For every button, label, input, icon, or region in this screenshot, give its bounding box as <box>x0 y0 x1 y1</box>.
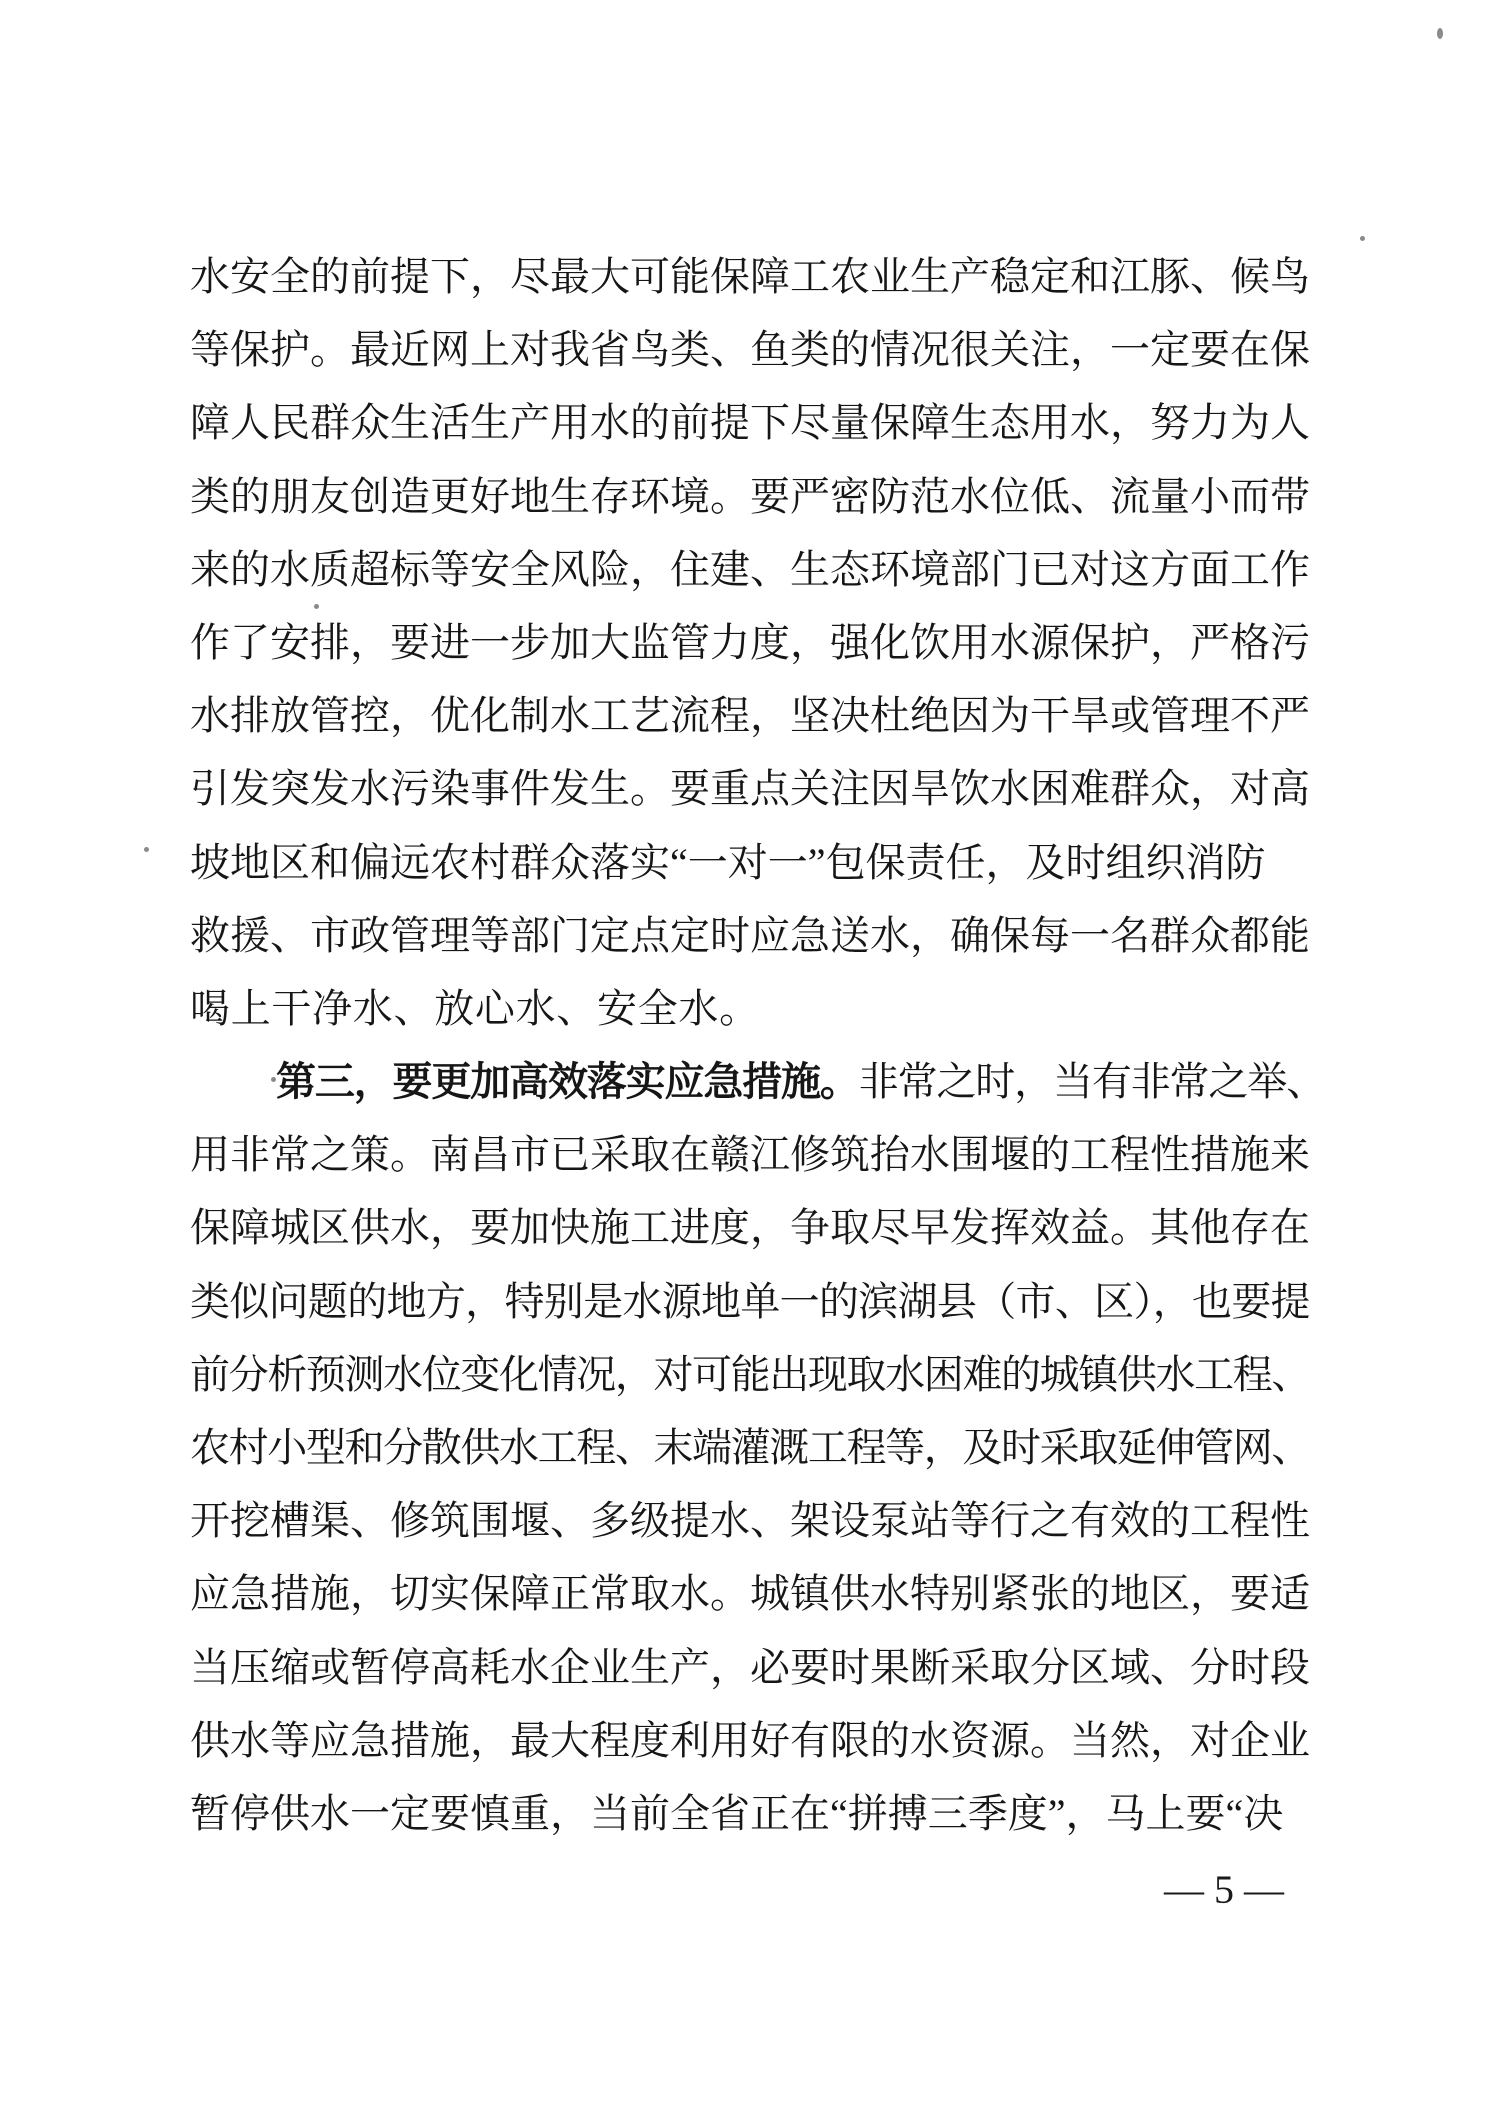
document-page: 水安全的前提下，尽最大可能保障工农业生产稳定和江豚、候鸟 等保护。最近网上对我省… <box>0 0 1490 2104</box>
text-line: 等保护。最近网上对我省鸟类、鱼类的情况很关注，一定要在保 <box>190 313 1330 386</box>
text-line: 前分析预测水位变化情况，对可能出现取水困难的城镇供水工程、 <box>190 1338 1330 1411</box>
paragraph-heading-bold: 第三，要更加高效落实应急措施。 <box>276 1060 859 1104</box>
paragraph-heading-rest: 非常之时，当有非常之举、 <box>859 1059 1325 1104</box>
text-line: 开挖槽渠、修筑围堰、多级提水、架设泵站等行之有效的工程性 <box>190 1484 1330 1557</box>
text-line: 来的水质超标等安全风险，住建、生态环境部门已对这方面工作 <box>190 533 1330 606</box>
text-line: 农村小型和分散供水工程、末端灌溉工程等，及时采取延伸管网、 <box>190 1411 1330 1484</box>
text-line: 暂停供水一定要慎重，当前全省正在“拼搏三季度”，马上要“决 <box>190 1777 1330 1850</box>
text-line: 用非常之策。南昌市已采取在赣江修筑抬水围堰的工程性措施来 <box>190 1118 1330 1191</box>
text-line: 供水等应急措施，最大程度利用好有限的水资源。当然，对企业 <box>190 1704 1330 1777</box>
text-line: 坡地区和偏远农村群众落实“一对一”包保责任，及时组织消防 <box>190 826 1330 899</box>
scan-speck <box>1360 236 1365 241</box>
text-line: 水排放管控，优化制水工艺流程，坚决杜绝因为干旱或管理不严 <box>190 679 1330 752</box>
page-number: — 5 — <box>1164 1862 1284 1918</box>
text-line: 作了安排，要进一步加大监管力度，强化饮用水源保护，严格污 <box>190 606 1330 679</box>
text-line: 当压缩或暂停高耗水企业生产，必要时果断采取分区域、分时段 <box>190 1631 1330 1704</box>
scan-speck <box>1437 28 1443 39</box>
text-line: 第三，要更加高效落实应急措施。非常之时，当有非常之举、 <box>190 1045 1330 1118</box>
text-line: 类的朋友创造更好地生存环境。要严密防范水位低、流量小而带 <box>190 460 1330 533</box>
body-text: 水安全的前提下，尽最大可能保障工农业生产稳定和江豚、候鸟 等保护。最近网上对我省… <box>190 240 1330 1850</box>
text-line: 救援、市政管理等部门定点定时应急送水，确保每一名群众都能 <box>190 899 1330 972</box>
text-line: 水安全的前提下，尽最大可能保障工农业生产稳定和江豚、候鸟 <box>190 240 1330 313</box>
text-line: 应急措施，切实保障正常取水。城镇供水特别紧张的地区，要适 <box>190 1557 1330 1630</box>
scan-speck <box>144 847 149 852</box>
text-line: 障人民群众生活生产用水的前提下尽量保障生态用水，努力为人 <box>190 386 1330 459</box>
text-line: 引发突发水污染事件发生。要重点关注因旱饮水困难群众，对高 <box>190 752 1330 825</box>
text-line: 类似问题的地方，特别是水源地单一的滨湖县（市、区），也要提 <box>190 1265 1330 1338</box>
text-line: 保障城区供水，要加快施工进度，争取尽早发挥效益。其他存在 <box>190 1191 1330 1264</box>
scan-speck <box>314 604 319 609</box>
text-line: 喝上干净水、放心水、安全水。 <box>190 972 1330 1045</box>
scan-speck <box>271 1077 276 1082</box>
